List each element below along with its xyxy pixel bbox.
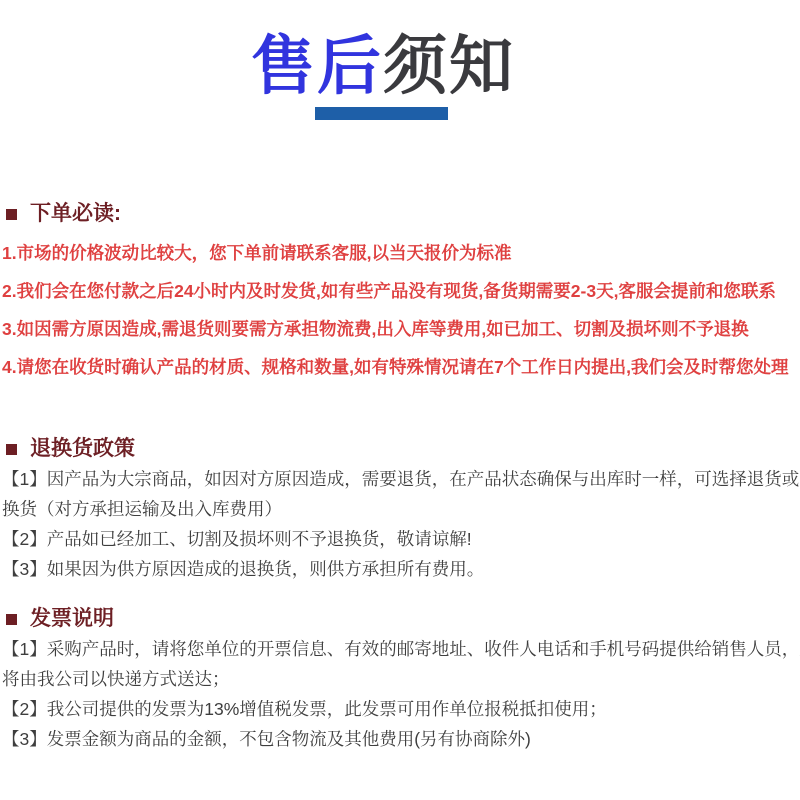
square-bullet-icon xyxy=(6,444,17,455)
section-heading-label: 退换货政策 xyxy=(30,437,135,461)
section-heading-label: 发票说明 xyxy=(30,607,114,631)
return-policy-list: 【1】因产品为大宗商品，如因对方原因造成，需要退货，在产品状态确保与出库时一样，… xyxy=(0,464,800,584)
section-heading-label: 下单必读: xyxy=(30,202,121,226)
notice-item: 2.我们会在您付款之后24小时内及时发货,如有些产品没有现货,备货期需要2-3天… xyxy=(2,272,800,310)
notice-item: 4.请您在收货时确认产品的材质、规格和数量,如有特殊情况请在7个工作日内提出,我… xyxy=(2,348,800,386)
policy-item: 【1】因产品为大宗商品，如因对方原因造成，需要退货，在产品状态确保与出库时一样，… xyxy=(2,464,800,524)
title-underline-bar xyxy=(315,107,448,120)
after-sales-notice-page: 售后须知 下单必读: 1.市场的价格波动比较大，您下单前请联系客服,以当天报价为… xyxy=(0,0,800,800)
page-title-highlight: 售后 xyxy=(251,31,383,102)
invoice-item: 【3】发票金额为商品的金额，不包含物流及其他费用(另有协商除外) xyxy=(2,724,800,754)
policy-item: 【2】产品如已经加工、切割及损坏则不予退换货，敬请谅解! xyxy=(2,524,800,554)
invoice-info-list: 【1】采购产品时，请将您单位的开票信息、有效的邮寄地址、收件人电话和手机号码提供… xyxy=(0,634,800,754)
section-header-order-notes: 下单必读: xyxy=(0,202,800,226)
section-header-invoice-info: 发票说明 xyxy=(0,607,800,631)
page-title-rest: 须知 xyxy=(383,31,515,102)
notice-item: 1.市场的价格波动比较大，您下单前请联系客服,以当天报价为标准 xyxy=(2,234,800,272)
section-header-return-policy: 退换货政策 xyxy=(0,437,800,461)
order-notes-list: 1.市场的价格波动比较大，您下单前请联系客服,以当天报价为标准 2.我们会在您付… xyxy=(0,234,800,386)
square-bullet-icon xyxy=(6,614,17,625)
policy-item: 【3】如果因为供方原因造成的退换货，则供方承担所有费用。 xyxy=(2,554,800,584)
square-bullet-icon xyxy=(6,209,17,220)
invoice-item: 【2】我公司提供的发票为13%增值税发票，此发票可用作单位报税抵扣使用； xyxy=(2,694,800,724)
invoice-item: 【1】采购产品时，请将您单位的开票信息、有效的邮寄地址、收件人电话和手机号码提供… xyxy=(2,634,800,694)
notice-item: 3.如因需方原因造成,需退货则要需方承担物流费,出入库等费用,如已加工、切割及损… xyxy=(2,310,800,348)
page-title: 售后须知 xyxy=(0,31,783,102)
